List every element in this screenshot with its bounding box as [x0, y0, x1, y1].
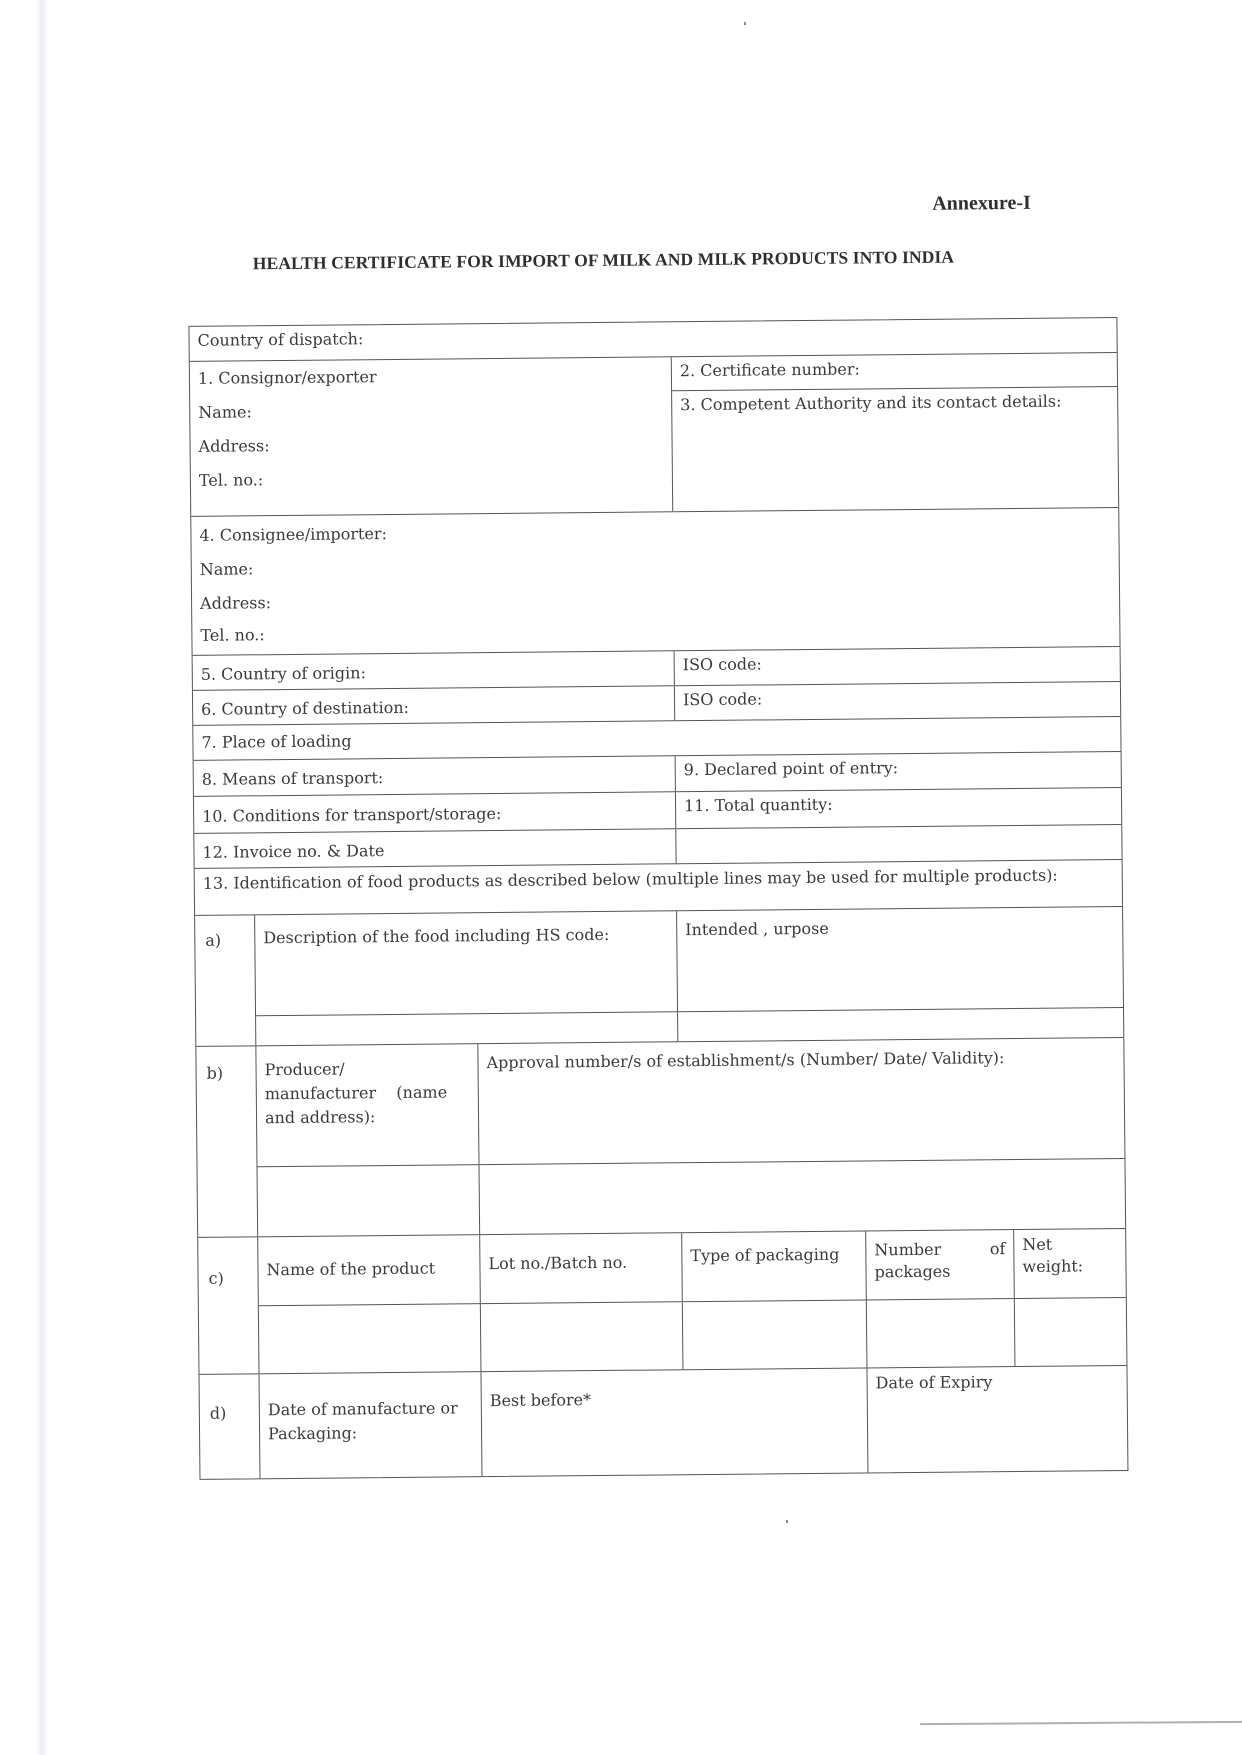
competent-authority-field[interactable]: 3. Competent Authority and its contact d…: [672, 387, 1118, 511]
origin-iso-code-label: ISO code:: [683, 654, 762, 674]
conditions-transport-field[interactable]: 10. Conditions for transport/storage:: [194, 792, 676, 833]
section-b-bottom: [258, 1159, 1126, 1236]
lot-batch-header: Lot no./Batch no.: [480, 1233, 683, 1303]
product-name-value[interactable]: [259, 1304, 482, 1373]
row-consignee: 4. Consignee/importer: Name: Address: Te…: [191, 508, 1119, 656]
net-weight-header: Net weight:: [1014, 1229, 1126, 1298]
destination-iso-code-field[interactable]: ISO code:: [675, 682, 1120, 720]
means-of-transport-field[interactable]: 8. Means of transport:: [194, 756, 676, 796]
intended-purpose-value[interactable]: [678, 1008, 1123, 1041]
expiry-date-field[interactable]: Date of Expiry: [867, 1366, 1127, 1472]
intended-purpose-field[interactable]: Intended , urpose: [677, 907, 1123, 1011]
section-a-top: Description of the food including HS cod…: [255, 907, 1123, 1016]
consignee-heading: 4. Consignee/importer:: [199, 516, 1110, 547]
row-section-a: a) Description of the food including HS …: [195, 907, 1123, 1047]
producer-label-line3: and address):: [265, 1104, 470, 1130]
food-description-value[interactable]: [256, 1012, 678, 1045]
country-of-dispatch-label: Country of dispatch:: [197, 329, 363, 350]
net-weight-value[interactable]: [1015, 1298, 1127, 1366]
invoice-value-field[interactable]: [676, 825, 1121, 863]
consignor-field[interactable]: 1. Consignor/exporter Name: Address: Tel…: [190, 357, 673, 516]
invoice-label: 12. Invoice no. & Date: [202, 841, 384, 862]
section-b-index: b): [196, 1046, 258, 1237]
certificate-number-label: 2. Certificate number:: [680, 359, 860, 380]
net-weight-label: Net weight:: [1022, 1235, 1083, 1276]
lot-batch-value[interactable]: [481, 1302, 684, 1371]
producer-field[interactable]: Producer/ manufacturer (name and address…: [256, 1044, 479, 1166]
approval-number-field[interactable]: Approval number/s of establishment/s (Nu…: [478, 1038, 1124, 1164]
country-of-destination-label: 6. Country of destination:: [201, 698, 409, 719]
total-quantity-label: 11. Total quantity:: [684, 795, 833, 815]
manufacture-date-label: Date of manufacture or Packaging:: [268, 1398, 458, 1443]
consignor-address-label: Address:: [198, 431, 663, 457]
identification-heading-cell: 13. Identification of food products as d…: [195, 860, 1122, 915]
lot-batch-label: Lot no./Batch no.: [488, 1253, 627, 1273]
number-of-packages-header: Number of packages: [866, 1230, 1015, 1299]
best-before-label: Best before*: [490, 1390, 592, 1410]
packaging-type-label: Type of packaging: [690, 1245, 839, 1265]
health-certificate-form: Country of dispatch: 1. Consignor/export…: [188, 317, 1128, 1480]
consignor-tel-label: Tel. no.:: [199, 465, 664, 491]
identification-label: 13. Identification of food products as d…: [203, 866, 1058, 893]
intended-purpose-label: Intended , urpose: [685, 919, 829, 939]
section-c-index: c): [198, 1237, 259, 1374]
section-a-index: a): [195, 915, 256, 1046]
consignor-heading: 1. Consignor/exporter: [198, 363, 663, 389]
section-d-index: d): [199, 1374, 260, 1479]
food-description-label: Description of the food including HS cod…: [263, 925, 609, 947]
country-of-destination-field[interactable]: 6. Country of destination:: [193, 686, 675, 725]
invoice-field[interactable]: 12. Invoice no. & Date: [194, 829, 676, 868]
document-page: Annexure-I HEALTH CERTIFICATE FOR IMPORT…: [0, 0, 1242, 1755]
country-of-origin-label: 5. Country of origin:: [201, 663, 366, 684]
section-c-header: Name of the product Lot no./Batch no. Ty…: [258, 1229, 1126, 1306]
consignee-address-label: Address:: [200, 584, 1111, 615]
declared-point-of-entry-field[interactable]: 9. Declared point of entry:: [676, 752, 1121, 791]
packaging-type-header: Type of packaging: [682, 1231, 867, 1301]
manufacture-date-field[interactable]: Date of manufacture or Packaging:: [259, 1372, 482, 1478]
consignor-name-label: Name:: [198, 397, 663, 423]
row-section-d: d) Date of manufacture or Packaging: Bes…: [199, 1366, 1127, 1479]
means-of-transport-label: 8. Means of transport:: [202, 768, 384, 789]
origin-iso-code-field[interactable]: ISO code:: [675, 647, 1120, 685]
declared-point-of-entry-label: 9. Declared point of entry:: [684, 758, 899, 779]
approval-number-value[interactable]: [479, 1159, 1125, 1234]
producer-label-line2: manufacturer (name: [265, 1080, 470, 1106]
product-name-label: Name of the product: [266, 1259, 435, 1280]
expiry-date-label: Date of Expiry: [876, 1372, 993, 1392]
certificate-authority-column: 2. Certificate number: 3. Competent Auth…: [672, 353, 1118, 511]
section-c-values: [259, 1298, 1127, 1373]
country-of-origin-field[interactable]: 5. Country of origin:: [193, 651, 675, 690]
row-section-b: b) Producer/ manufacturer (name and addr…: [196, 1038, 1125, 1238]
consignee-field[interactable]: 4. Consignee/importer: Name: Address: Te…: [191, 508, 1119, 655]
product-name-header: Name of the product: [258, 1235, 481, 1305]
consignee-tel-label: Tel. no.:: [200, 616, 1111, 647]
conditions-transport-label: 10. Conditions for transport/storage:: [202, 804, 501, 826]
certificate-number-field[interactable]: 2. Certificate number:: [672, 353, 1117, 391]
row-section-c: c) Name of the product Lot no./Batch no.…: [198, 1229, 1126, 1375]
annexure-label: Annexure-I: [932, 192, 1031, 216]
document-title: HEALTH CERTIFICATE FOR IMPORT OF MILK AN…: [253, 247, 954, 275]
row-consignor: 1. Consignor/exporter Name: Address: Tel…: [190, 353, 1118, 517]
total-quantity-field[interactable]: 11. Total quantity:: [676, 788, 1121, 828]
competent-authority-label: 3. Competent Authority and its contact d…: [680, 392, 1061, 415]
destination-iso-code-label: ISO code:: [683, 689, 762, 709]
food-description-field[interactable]: Description of the food including HS cod…: [255, 911, 678, 1015]
number-of-packages-label: Number of packages: [874, 1239, 1005, 1281]
consignee-name-label: Name:: [200, 550, 1111, 581]
section-a-body: Description of the food including HS cod…: [255, 907, 1123, 1045]
producer-value[interactable]: [258, 1165, 481, 1236]
number-of-packages-value[interactable]: [867, 1299, 1016, 1367]
section-b-top: Producer/ manufacturer (name and address…: [256, 1038, 1124, 1167]
section-c-body: Name of the product Lot no./Batch no. Ty…: [258, 1229, 1126, 1373]
producer-label-line1: Producer/: [264, 1056, 469, 1082]
place-of-loading-label: 7. Place of loading: [201, 731, 351, 751]
approval-number-label: Approval number/s of establishment/s (Nu…: [486, 1048, 1004, 1072]
section-b-body: Producer/ manufacturer (name and address…: [256, 1038, 1125, 1236]
best-before-field[interactable]: Best before*: [481, 1368, 868, 1476]
packaging-type-value[interactable]: [683, 1300, 868, 1369]
